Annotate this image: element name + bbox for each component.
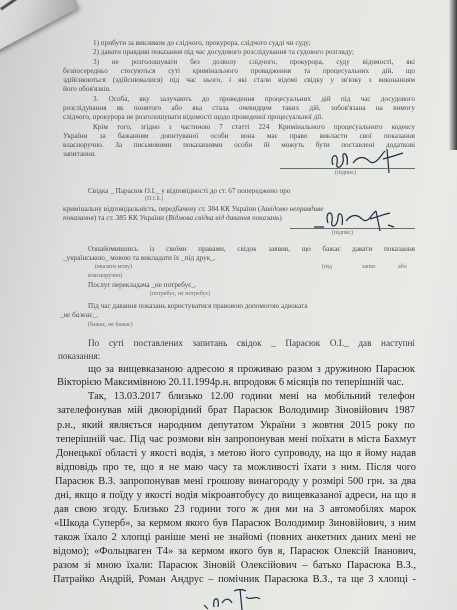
testimony-line-15: разом зі мною їхали: Парасюк Зіновій Оле…: [53, 560, 416, 572]
paragraph-3-line-1: 3. Особа, яку залучають до проведення пр…: [93, 95, 415, 104]
paragraph-3-line-3: слідчого, прокурора не розголошувати від…: [63, 113, 323, 122]
signature-2-label: (підпис): [332, 229, 353, 238]
testimony-line-7: Донецької області у якості водія, з мето…: [56, 448, 416, 460]
warning-line-2: кримінальну відповідальність, передбачен…: [63, 205, 324, 214]
mode-label-b: запис: [362, 263, 376, 272]
testimony-line-11: дав свою згоду. Близько 23 години того ж…: [54, 504, 416, 516]
translator-label: (потребує, не потребує): [150, 290, 210, 299]
testimony-line-6: теперішній час. Під час розмови він запр…: [56, 434, 416, 446]
signature-1-label: (підпис): [335, 169, 356, 178]
article-224-line-2: України за бажанням допитуваної особи во…: [63, 132, 415, 141]
rights-item-3-line-1: 3) не розголошувати без дозволу слідчого…: [93, 58, 415, 67]
mode-label-d: власноручно): [88, 272, 122, 281]
testimony-line-1: що за вищевказаною адресою я проживаю ра…: [88, 364, 415, 376]
testimony-line-2: Вікторією Максимівною 20.11.1994р.н. впр…: [57, 377, 404, 389]
paragraph-3-line-2: розслідування як понятого або яка стала …: [63, 104, 415, 113]
article-224-line-1: Крім того, згідно з частиною 7 статті 22…: [93, 123, 415, 132]
language-label: (вказати мову): [95, 263, 132, 272]
warning-line-3-close: ): [279, 214, 281, 222]
rights-item-3-line-3: здійснюються (здійснювалися) під час ньо…: [63, 76, 415, 85]
testimony-line-8: відповідь про те, що я не маю часу та мо…: [56, 462, 416, 474]
warning-article-384-title-cont: показання: [63, 214, 94, 222]
testimony-line-14: відомо); «Фольцваген Т4» за кермом якого…: [53, 546, 416, 558]
warning-line-1: Свідка _ Парасюк О.І._ у відповідності д…: [88, 187, 290, 196]
testimony-intro-line-2: показання:: [58, 350, 100, 362]
page-right-shadow: [449, 0, 457, 150]
testimony-line-10: дні, якщо я поїду у якості водія мікроав…: [55, 490, 416, 502]
lawyer-line: Під час давання показань користуватися п…: [88, 302, 308, 311]
rights-item-1: 1) прибути за викликом до слідчого, прок…: [93, 39, 311, 48]
translator-line: Послуг перекладача _не потребує_.: [88, 281, 197, 290]
testimony-intro-line-1: По суті поставлених запитань свідок _ Па…: [88, 337, 415, 349]
warning-article-385-title: Відмова свідка від давання показань: [168, 214, 279, 222]
warning-line-2-text: кримінальну відповідальність, передбачен…: [63, 205, 260, 213]
testimony-line-13: також їхало 2 хлопці раніше мені не знай…: [54, 532, 416, 544]
language-line-2: _українською_ мовою та викладати їх _під…: [63, 254, 216, 263]
article-224-line-4: запитання.: [63, 150, 96, 159]
rights-item-3-line-2: безпосередньо стосуються суті кримінальн…: [63, 67, 415, 76]
testimony-line-4: зателефонував мій двоюрідний брат Парасю…: [57, 405, 415, 417]
warning-line-3-text: ) та ст. 385 КК України (: [94, 214, 168, 222]
language-line-1: Ознайомившись із своїми правами, свідок …: [88, 245, 415, 254]
mode-label-a: (під: [322, 263, 332, 272]
testimony-line-5: р.н., який являється народним депутатом …: [57, 420, 415, 432]
testimony-line-9: Парасюк В.З. запропонував мені грошову в…: [55, 476, 416, 488]
rights-item-2: 2) давати правдиві показання під час дос…: [93, 48, 354, 57]
rights-item-3-line-4: його обов'язків.: [63, 85, 111, 94]
lawyer-label: (бажає, не бажає): [88, 321, 133, 330]
signature-3-icon: [200, 585, 280, 610]
testimony-line-3: Так, 13.03.2017 близько 12.00 години мен…: [88, 391, 415, 403]
lawyer-value: _не бажає_.: [60, 311, 98, 320]
testimony-line-12: «Шкода Суперб», за кермом якого був Пара…: [54, 518, 416, 530]
pib-label: (П.І.Б.): [145, 195, 163, 204]
page-corner-fold: [0, 0, 77, 53]
document-page: 1) прибути за викликом до слідчого, прок…: [0, 0, 457, 610]
warning-line-3: показання) та ст. 385 КК України (Відмов…: [63, 214, 282, 223]
mode-label-c: або: [398, 263, 407, 272]
